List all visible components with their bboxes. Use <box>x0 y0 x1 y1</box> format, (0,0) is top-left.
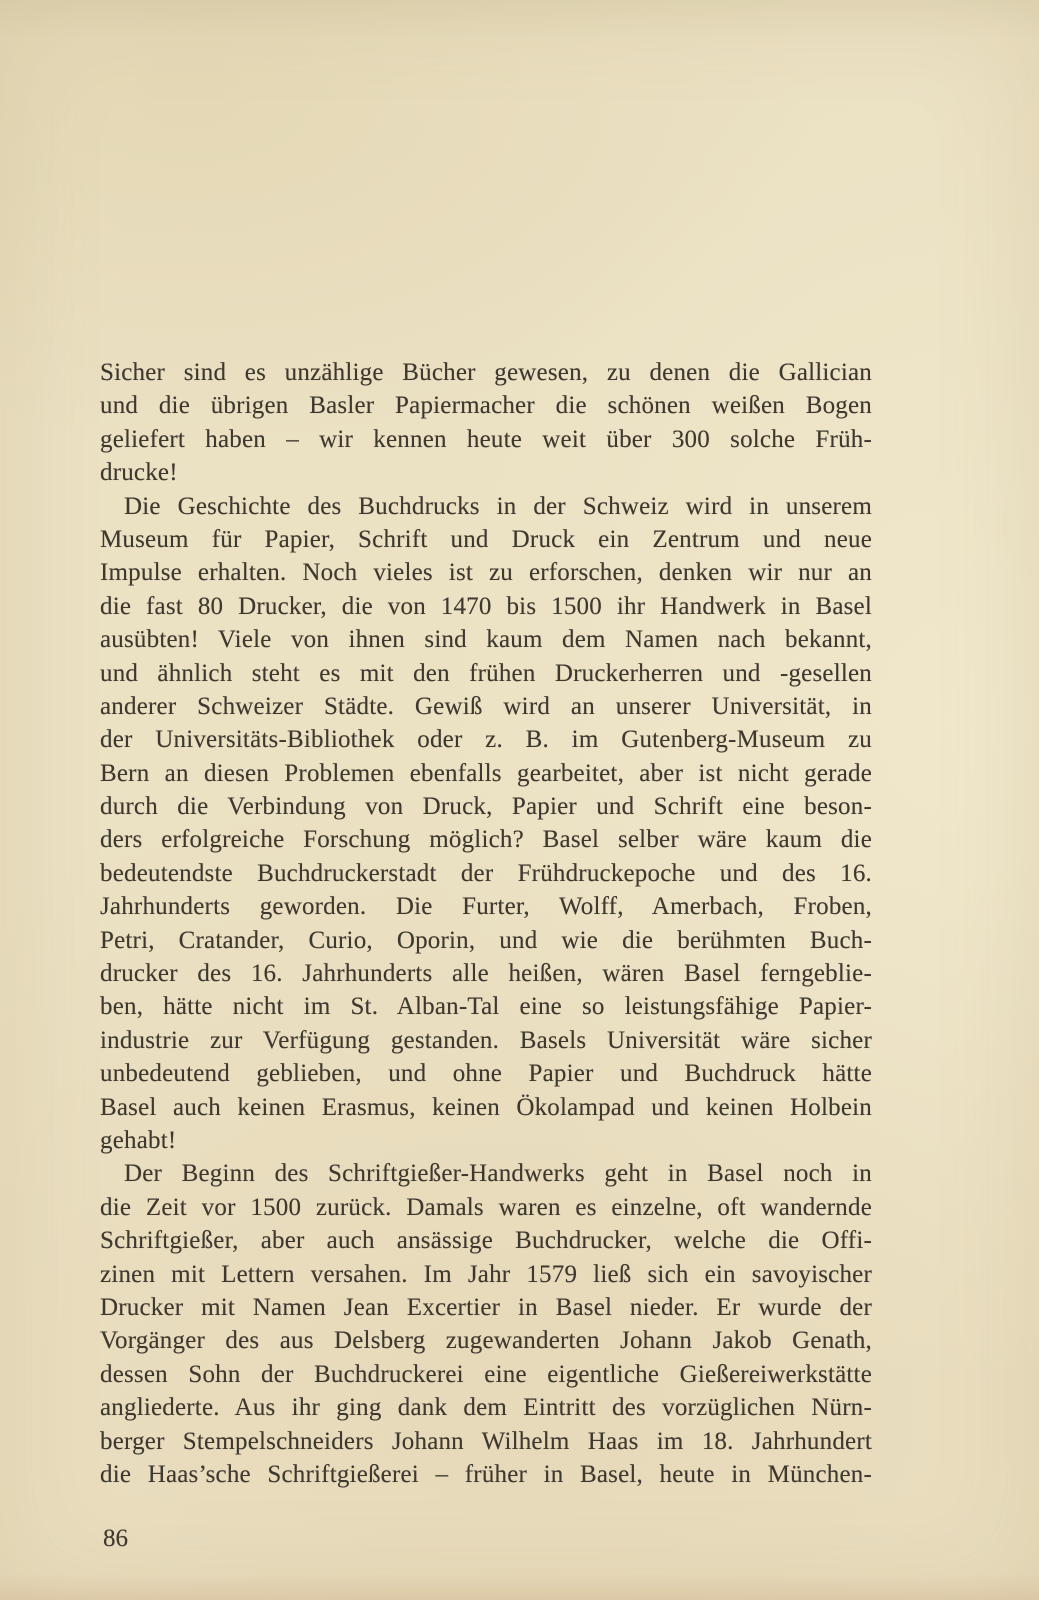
text-line: gehabt! <box>100 1124 872 1157</box>
text-line: Bern an diesen Problemen ebenfalls gearb… <box>100 757 872 790</box>
text-line: und die übrigen Basler Papiermacher die … <box>100 389 872 422</box>
text-line: und ähnlich steht es mit den frühen Druc… <box>100 657 872 690</box>
text-line: unbedeutend geblieben, und ohne Papier u… <box>100 1057 872 1090</box>
text-line: dessen Sohn der Buchdruckerei eine eigen… <box>100 1358 872 1391</box>
text-line: die Zeit vor 1500 zurück. Damals waren e… <box>100 1191 872 1224</box>
text-line: die Haas’sche Schriftgießerei – früher i… <box>100 1458 872 1491</box>
text-line: die fast 80 Drucker, die von 1470 bis 15… <box>100 590 872 623</box>
text-line: Die Geschichte des Buchdrucks in der Sch… <box>100 490 872 523</box>
text-line: drucker des 16. Jahrhunderts alle heißen… <box>100 957 872 990</box>
text-line: Impulse erhalten. Noch vieles ist zu erf… <box>100 556 872 589</box>
text-line: industrie zur Verfügung gestanden. Basel… <box>100 1024 872 1057</box>
text-line: Schriftgießer, aber auch ansässige Buchd… <box>100 1224 872 1257</box>
text-line: Drucker mit Namen Jean Excertier in Base… <box>100 1291 872 1324</box>
text-line: durch die Verbindung von Druck, Papier u… <box>100 790 872 823</box>
text-line: Basel auch keinen Erasmus, keinen Ökolam… <box>100 1091 872 1124</box>
text-line: zinen mit Lettern versahen. Im Jahr 1579… <box>100 1258 872 1291</box>
text-line: ben, hätte nicht im St. Alban-Tal eine s… <box>100 990 872 1023</box>
text-line: anderer Schweizer Städte. Gewiß wird an … <box>100 690 872 723</box>
book-page-scan: Sicher sind es unzählige Bücher gewesen,… <box>0 0 1039 1600</box>
text-line: ders erfolgreiche Forschung möglich? Bas… <box>100 823 872 856</box>
text-line: bedeutendste Buchdruckerstadt der Frühdr… <box>100 857 872 890</box>
text-line: Museum für Papier, Schrift und Druck ein… <box>100 523 872 556</box>
text-line: geliefert haben – wir kennen heute weit … <box>100 423 872 456</box>
text-line: Sicher sind es unzählige Bücher gewesen,… <box>100 356 872 389</box>
text-line: ausübten! Viele von ihnen sind kaum dem … <box>100 623 872 656</box>
text-line: der Universitäts-Bibliothek oder z. B. i… <box>100 723 872 756</box>
text-block: Sicher sind es unzählige Bücher gewesen,… <box>100 356 872 1491</box>
text-line: berger Stempelschneiders Johann Wilhelm … <box>100 1425 872 1458</box>
page-number: 86 <box>103 1522 128 1555</box>
text-line: Petri, Cratander, Curio, Oporin, und wie… <box>100 924 872 957</box>
text-line: drucke! <box>100 456 872 489</box>
text-line: angliederte. Aus ihr ging dank dem Eintr… <box>100 1391 872 1424</box>
text-line: Der Beginn des Schriftgießer-Handwerks g… <box>100 1157 872 1190</box>
text-line: Vorgänger des aus Delsberg zugewanderten… <box>100 1324 872 1357</box>
text-line: Jahrhunderts geworden. Die Furter, Wolff… <box>100 890 872 923</box>
